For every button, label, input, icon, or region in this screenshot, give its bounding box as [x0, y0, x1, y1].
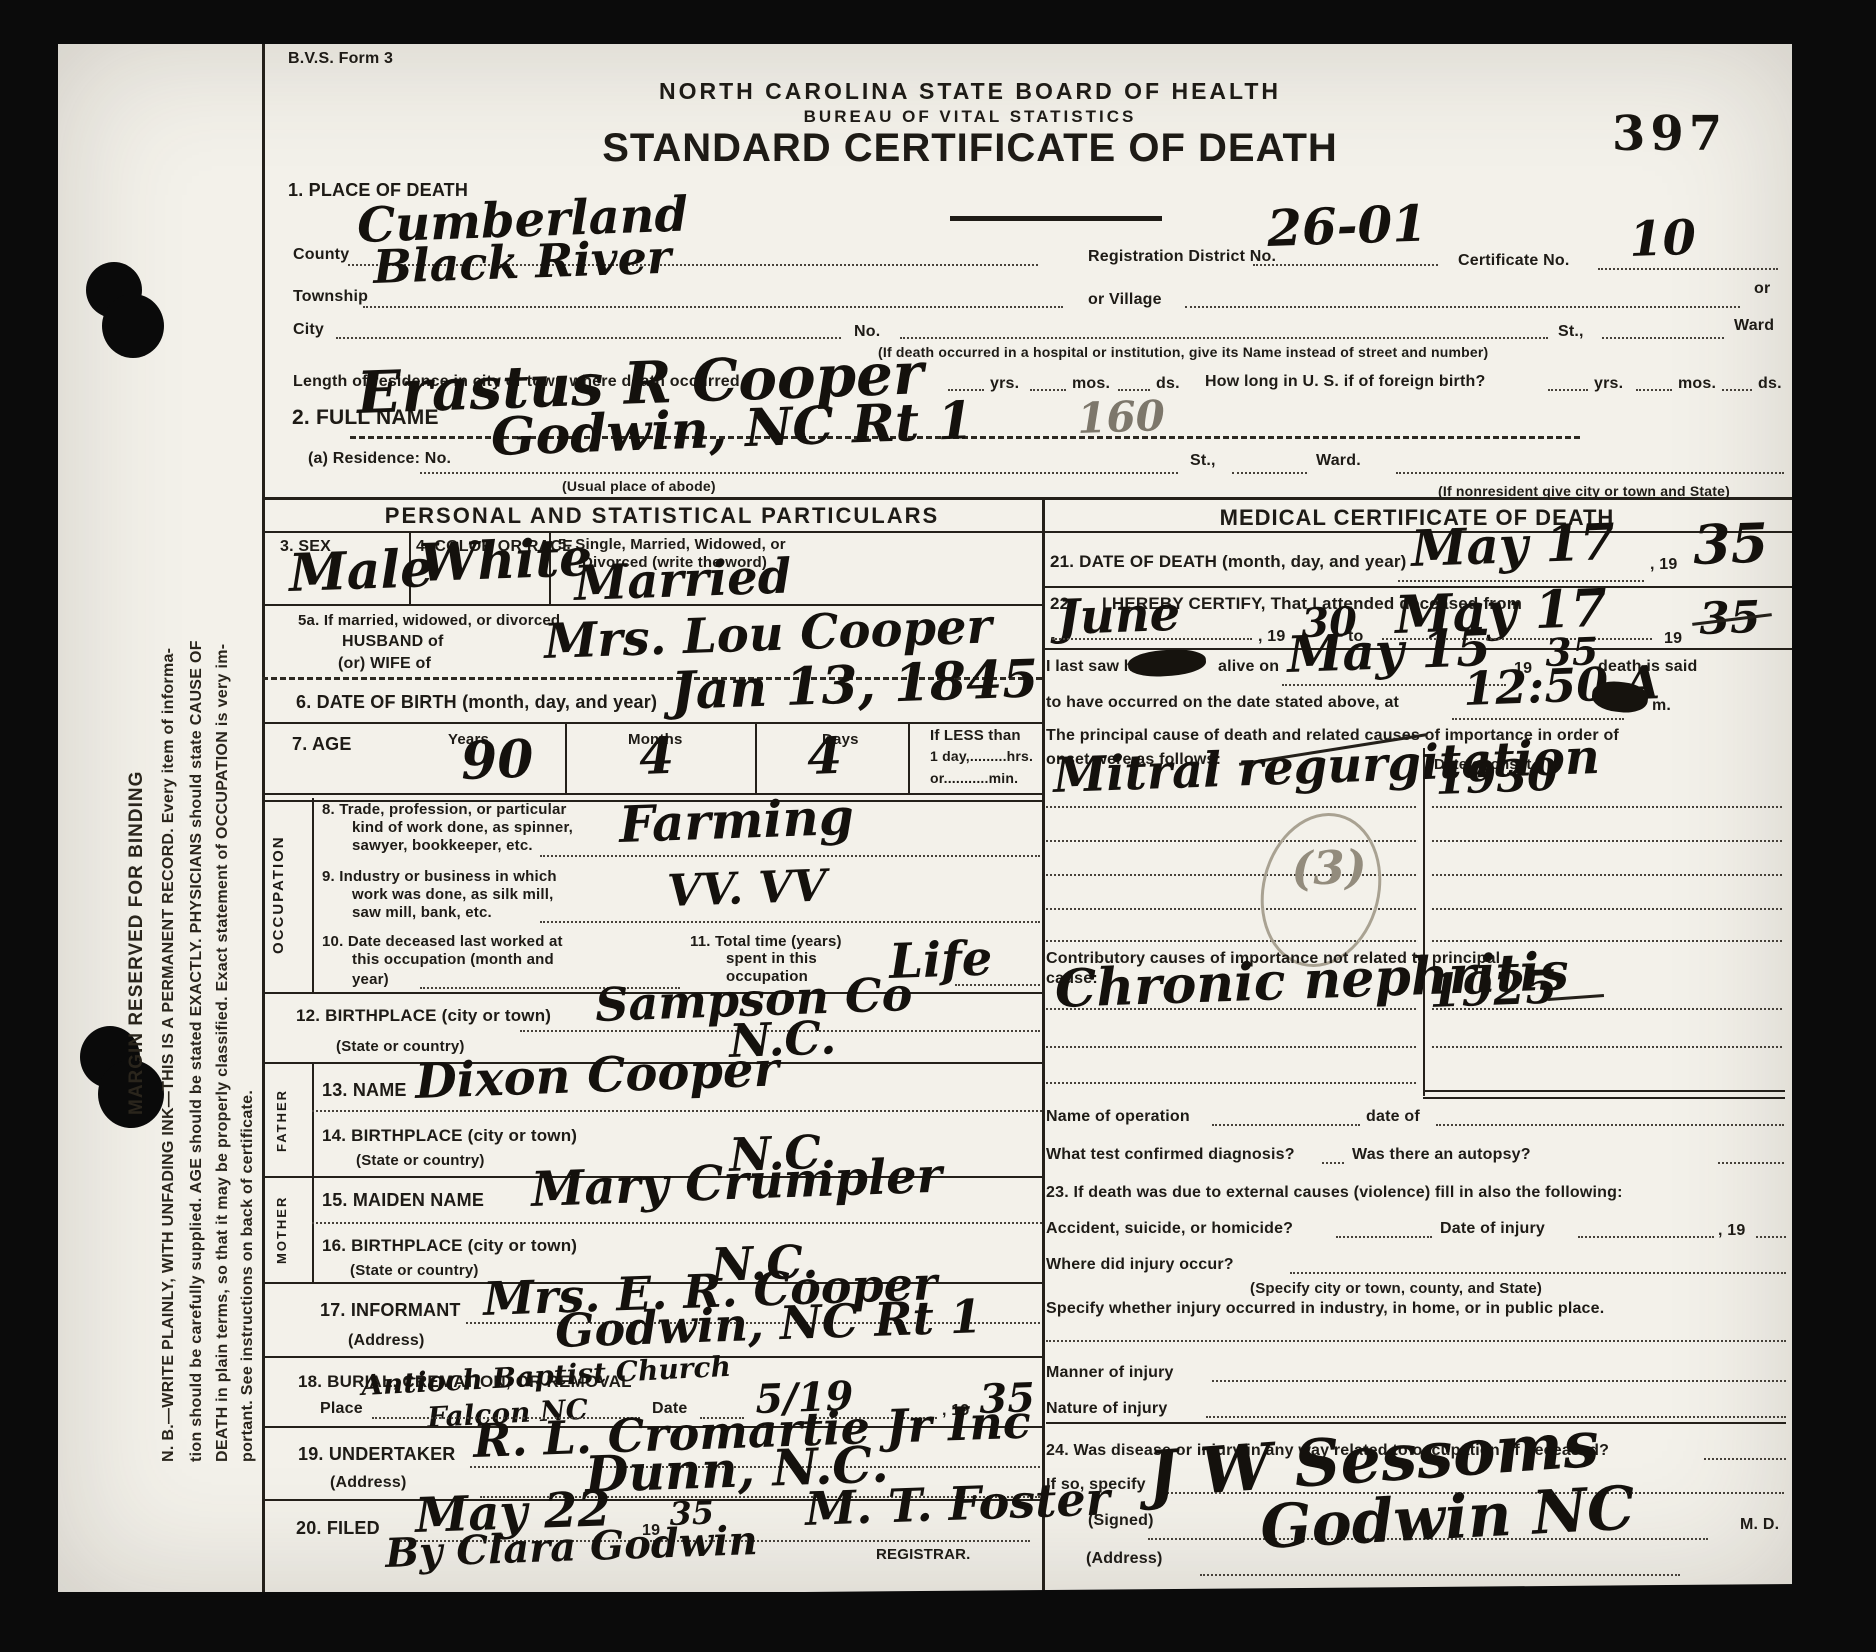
- write-line: [1704, 1458, 1786, 1460]
- page-title: STANDARD CERTIFICATE OF DEATH: [470, 126, 1470, 171]
- rule: [950, 216, 1162, 221]
- margin-binding-note: MARGIN RESERVED FOR BINDING: [126, 255, 156, 1115]
- or-village-label: or Village: [1088, 291, 1162, 309]
- trade-label: 8. Trade, profession, or particular: [322, 801, 567, 818]
- operation-label: Name of operation: [1046, 1108, 1190, 1126]
- accident-label: Accident, suicide, or homicide?: [1046, 1220, 1293, 1238]
- industry-label: 9. Industry or business in which: [322, 868, 557, 885]
- write-line: [1200, 1574, 1680, 1576]
- father-name-value: Dixon Cooper: [414, 1045, 779, 1106]
- last-saw-value: May 15: [1286, 623, 1491, 680]
- if-so-specify-label: If so, specify: [1046, 1476, 1146, 1494]
- write-line: [420, 472, 1178, 474]
- alive-on-label: alive on: [1218, 658, 1279, 676]
- write-line: [1548, 389, 1588, 391]
- write-line: [1598, 268, 1778, 270]
- or-min-label: or...........min.: [930, 770, 1018, 786]
- cell-divider: [908, 722, 910, 795]
- nature-of-injury-label: Nature of injury: [1046, 1400, 1167, 1418]
- registration-district-value: 26-01: [1266, 198, 1428, 254]
- autopsy-label: Was there an autopsy?: [1352, 1146, 1531, 1164]
- write-line: [900, 337, 1548, 339]
- write-line: [1046, 1046, 1416, 1048]
- write-line: [1432, 940, 1782, 942]
- scan-top-edge: [0, 0, 1876, 44]
- write-line: [1052, 638, 1252, 640]
- principal-onset-value: 1930: [1434, 754, 1558, 802]
- mother-birthplace-label: 16. BIRTHPLACE (city or town): [322, 1236, 577, 1256]
- husband-of-label: HUSBAND of: [342, 633, 444, 651]
- margin-note-line1: N. B.—WRITE PLAINLY, WITH UNFADING INK—T…: [160, 92, 187, 1462]
- write-line: [1636, 389, 1672, 391]
- signed-address-label: (Address): [1086, 1550, 1162, 1568]
- burial-place-label: Place: [320, 1400, 363, 1418]
- scan-left-edge: [0, 0, 58, 1652]
- father-name-label: 13. NAME: [322, 1080, 407, 1101]
- date-of-death-label: 21. DATE OF DEATH (month, day, and year): [1050, 552, 1407, 572]
- total-time-label: 11. Total time (years): [690, 933, 842, 950]
- manner-of-injury-label: Manner of injury: [1046, 1364, 1174, 1382]
- st-label: St.,: [1190, 452, 1216, 470]
- state-or-country-label: (State or country): [356, 1152, 485, 1169]
- write-line: [1756, 1236, 1786, 1238]
- mos-label: mos.: [1072, 375, 1110, 393]
- yrs-label: yrs.: [1594, 375, 1623, 393]
- side-divider: [312, 798, 314, 992]
- hospital-note: (If death occurred in a hospital or inst…: [878, 344, 1488, 360]
- write-line: [1046, 806, 1416, 808]
- trade-label: kind of work done, as spinner,: [352, 819, 573, 836]
- mother-name-value: Mary Crumpler: [530, 1152, 942, 1214]
- side-divider: [312, 1176, 314, 1282]
- write-line: [1452, 718, 1624, 720]
- write-line: [1396, 472, 1784, 474]
- write-line: [540, 855, 1040, 857]
- pencil-mark: (3): [1290, 843, 1367, 892]
- certificate-no-label: Certificate No.: [1458, 252, 1569, 270]
- certificate-paper: [58, 42, 1796, 1592]
- write-line: [312, 1110, 1042, 1112]
- attended-from-value: June: [1056, 590, 1181, 642]
- write-line: [1253, 264, 1438, 266]
- if-less-label: If LESS than: [930, 727, 1021, 744]
- form-left-border: [262, 44, 265, 1592]
- filed-label: 20. FILED: [296, 1518, 380, 1539]
- registration-district-label: Registration District No.: [1088, 248, 1276, 266]
- mos-label: mos.: [1678, 375, 1716, 393]
- rule: [262, 722, 1042, 724]
- write-line: [1432, 908, 1782, 910]
- date-of-death-value: May 17: [1410, 517, 1615, 574]
- marital-value: Married: [573, 552, 792, 608]
- spouse-label: 5a. If married, widowed, or divorced: [298, 612, 560, 629]
- physician-address: Godwin NC: [1259, 1478, 1636, 1558]
- total-time-label: spent in this: [726, 950, 817, 967]
- age-years-value: 90: [460, 734, 534, 788]
- wife-of-label: (or) WIFE of: [338, 655, 431, 673]
- write-line: [1046, 1340, 1786, 1342]
- write-line: [1212, 1380, 1786, 1382]
- write-line: [1322, 1162, 1344, 1164]
- write-line: [363, 306, 1063, 308]
- md-label: M. D.: [1740, 1516, 1779, 1534]
- ward-label: Ward: [1734, 317, 1774, 335]
- ward-label: Ward.: [1316, 452, 1361, 470]
- occupation-side-label: OCCUPATION: [270, 800, 296, 990]
- year-19-label: , 19: [1718, 1222, 1746, 1240]
- date-of-label: date of: [1366, 1108, 1420, 1126]
- or-label: or: [1754, 280, 1770, 298]
- industry-label: work was done, as silk mill,: [352, 886, 554, 903]
- column-divider: [1042, 497, 1045, 1592]
- undertaker-address-label: (Address): [330, 1474, 406, 1492]
- foreign-birth-label: How long in U. S. if of foreign birth?: [1205, 373, 1485, 391]
- write-line: [1336, 1236, 1432, 1238]
- write-line: [1432, 840, 1782, 842]
- write-line: [1212, 1124, 1360, 1126]
- date-of-birth-label: 6. DATE OF BIRTH (month, day, and year): [296, 692, 657, 713]
- write-line: [1436, 1124, 1784, 1126]
- injury-date-label: Date of injury: [1440, 1220, 1545, 1238]
- occurred-label: to have occurred on the date stated abov…: [1046, 694, 1399, 712]
- write-line: [1185, 306, 1740, 308]
- abode-note: (Usual place of abode): [562, 478, 716, 494]
- margin-note-line3: DEATH in plain terms, so that it may be …: [214, 92, 241, 1462]
- city-label: City: [293, 321, 324, 339]
- informant-label: 17. INFORMANT: [320, 1300, 461, 1321]
- last-worked-label: year): [352, 971, 389, 988]
- scan-right-edge: [1792, 0, 1876, 1652]
- onset-column-divider: [1423, 748, 1425, 1096]
- certificate-no-value: 10: [1628, 214, 1696, 264]
- registrar-label: REGISTRAR.: [876, 1546, 971, 1563]
- undertaker-label: 19. UNDERTAKER: [298, 1444, 456, 1465]
- st-label: St.,: [1558, 323, 1584, 341]
- birthplace-label: 12. BIRTHPLACE (city or town): [296, 1006, 551, 1026]
- write-line: [1232, 472, 1307, 474]
- township-value: Black River: [372, 234, 671, 290]
- rule: [262, 497, 1792, 500]
- cell-divider: [565, 722, 567, 795]
- age-label: 7. AGE: [292, 734, 352, 755]
- side-divider: [312, 1062, 314, 1176]
- informant-address-value: Godwin, NC Rt 1: [554, 1293, 982, 1354]
- trade-value: Farming: [618, 792, 854, 850]
- residence-label: (a) Residence: No.: [308, 450, 451, 468]
- test-label: What test confirmed diagnosis?: [1046, 1146, 1295, 1164]
- certificate-stamp-number: 397: [1612, 106, 1727, 162]
- year-19-label: , 19: [1258, 628, 1286, 646]
- write-line: [540, 921, 1040, 923]
- form-number: B.V.S. Form 3: [288, 50, 393, 68]
- write-line: [336, 337, 841, 339]
- trade-label: sawyer, bookkeeper, etc.: [352, 837, 533, 854]
- write-line: [1432, 806, 1782, 808]
- org-name: NORTH CAROLINA STATE BOARD OF HEALTH: [520, 78, 1420, 105]
- pencil-number: 160: [1077, 395, 1166, 440]
- last-worked-label: 10. Date deceased last worked at: [322, 933, 563, 950]
- age-months-value: 4: [638, 731, 675, 782]
- write-line: [1046, 1008, 1416, 1010]
- specify-city-note: (Specify city or town, county, and State…: [1250, 1280, 1542, 1297]
- write-line: [1432, 1046, 1782, 1048]
- date-of-birth-value: Jan 13, 1845: [670, 653, 1039, 718]
- external-causes-label: 23. If death was due to external causes …: [1046, 1184, 1623, 1202]
- write-line: [1722, 389, 1752, 391]
- mother-name-label: 15. MAIDEN NAME: [322, 1190, 484, 1211]
- write-line: [1578, 1236, 1714, 1238]
- contributory-onset-value: 1925: [1428, 964, 1558, 1014]
- year-19-label: 19: [1664, 630, 1682, 648]
- rule: [1423, 1090, 1785, 1099]
- father-side-label: FATHER: [274, 1066, 298, 1174]
- year-19-label: , 19: [1650, 556, 1678, 574]
- state-or-country-label: (State or country): [350, 1262, 479, 1279]
- one-day-label: 1 day,.........hrs.: [930, 748, 1033, 764]
- last-worked-label: this occupation (month and: [352, 951, 554, 968]
- township-label: Township: [293, 288, 368, 306]
- write-line: [1602, 337, 1724, 339]
- write-line: [312, 1222, 1042, 1224]
- date-of-death-year: 35: [1692, 515, 1769, 572]
- yrs-label: yrs.: [990, 375, 1019, 393]
- sex-value: Male: [288, 543, 434, 600]
- bureau-name: BUREAU OF VITAL STATISTICS: [520, 107, 1420, 127]
- mother-side-label: MOTHER: [274, 1180, 298, 1280]
- last-saw-label: I last saw h: [1046, 658, 1134, 676]
- county-label: County: [293, 246, 349, 264]
- write-line: [1290, 1272, 1786, 1274]
- father-birthplace-label: 14. BIRTHPLACE (city or town): [322, 1126, 577, 1146]
- residence-value: Godwin, NC Rt 1: [490, 395, 974, 464]
- m-label: m.: [1652, 697, 1671, 715]
- no-label: No.: [854, 323, 880, 341]
- industry-value: VV. VV: [666, 864, 827, 914]
- ds-label: ds.: [1758, 375, 1782, 393]
- informant-address-label: (Address): [348, 1332, 424, 1350]
- cell-divider: [755, 722, 757, 795]
- age-days-value: 4: [806, 731, 843, 782]
- industry-label: saw mill, bank, etc.: [352, 904, 492, 921]
- race-value: White: [418, 532, 593, 590]
- write-line: [1432, 874, 1782, 876]
- specify-injury-label: Specify whether injury occurred in indus…: [1046, 1300, 1604, 1318]
- signed-label: (Signed): [1088, 1512, 1154, 1530]
- scanned-death-certificate: MARGIN RESERVED FOR BINDING N. B.—WRITE …: [0, 0, 1876, 1652]
- write-line: [1718, 1162, 1784, 1164]
- write-line: [1030, 389, 1066, 391]
- personal-section-header: PERSONAL AND STATISTICAL PARTICULARS: [282, 503, 1042, 529]
- where-injury-label: Where did injury occur?: [1046, 1256, 1234, 1274]
- write-line: [1046, 1082, 1416, 1084]
- write-line: [1432, 1008, 1782, 1010]
- write-line: [955, 984, 1040, 986]
- margin-note-line2: tion should be carefully supplied. AGE s…: [188, 92, 215, 1462]
